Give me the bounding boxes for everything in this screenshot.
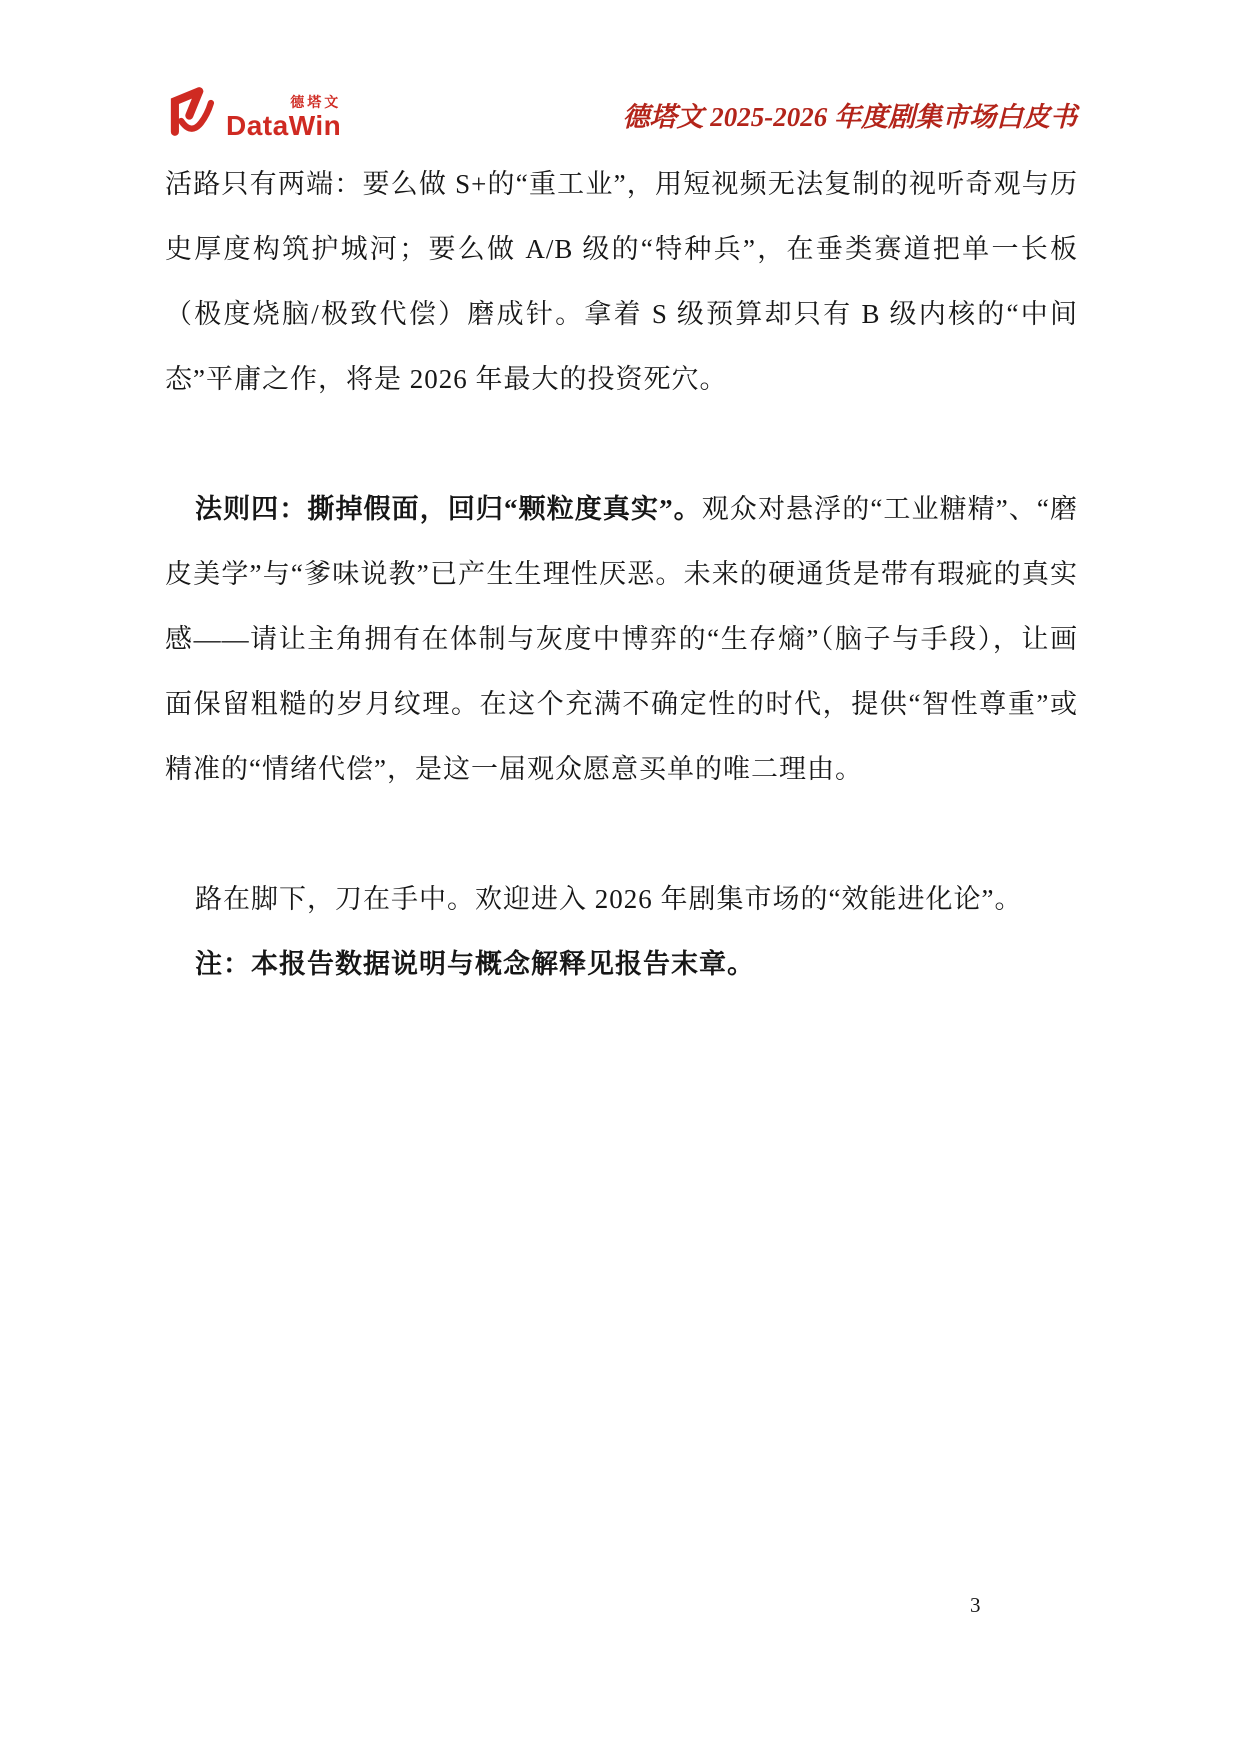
- paragraph-3-text: 路在脚下，刀在手中。欢迎进入 2026 年剧集市场的“效能进化论”。: [195, 884, 1022, 914]
- logo-english-name: DataWin: [226, 112, 341, 140]
- page-header: 德塔文 DataWin 德塔文 2025-2026 年度剧集市场白皮书: [165, 82, 1077, 142]
- paragraph-1-text: 活路只有两端：要么做 S+的“重工业”，用短视频无法复制的视听奇观与历史厚度构筑…: [165, 169, 1078, 394]
- paragraph-4-text: 注：本报告数据说明与概念解释见报告末章。: [195, 949, 755, 979]
- document-page: 德塔文 DataWin 德塔文 2025-2026 年度剧集市场白皮书 活路只有…: [0, 0, 1241, 1754]
- datawin-logo: 德塔文 DataWin: [165, 82, 341, 142]
- paragraph-4-note: 注：本报告数据说明与概念解释见报告末章。: [165, 932, 1078, 997]
- header-document-title: 德塔文 2025-2026 年度剧集市场白皮书: [623, 95, 1078, 142]
- paragraph-2: 法则四：撕掉假面，回归“颗粒度真实”。观众对悬浮的“工业糖精”、“磨皮美学”与“…: [165, 477, 1078, 802]
- datawin-logo-text: 德塔文 DataWin: [226, 95, 341, 142]
- paragraph-3: 路在脚下，刀在手中。欢迎进入 2026 年剧集市场的“效能进化论”。: [165, 867, 1078, 932]
- paragraph-1: 活路只有两端：要么做 S+的“重工业”，用短视频无法复制的视听奇观与历史厚度构筑…: [165, 152, 1078, 412]
- paragraph-2-bold-lead: 法则四：撕掉假面，回归“颗粒度真实”。: [195, 494, 702, 524]
- logo-chinese-name: 德塔文: [290, 95, 341, 109]
- page-number: 3: [970, 1593, 981, 1618]
- document-body: 活路只有两端：要么做 S+的“重工业”，用短视频无法复制的视听奇观与历史厚度构筑…: [165, 152, 1078, 997]
- datawin-logo-mark-icon: [165, 82, 219, 142]
- paragraph-2-text: 观众对悬浮的“工业糖精”、“磨皮美学”与“爹味说教”已产生生理性厌恶。未来的硬通…: [165, 494, 1078, 784]
